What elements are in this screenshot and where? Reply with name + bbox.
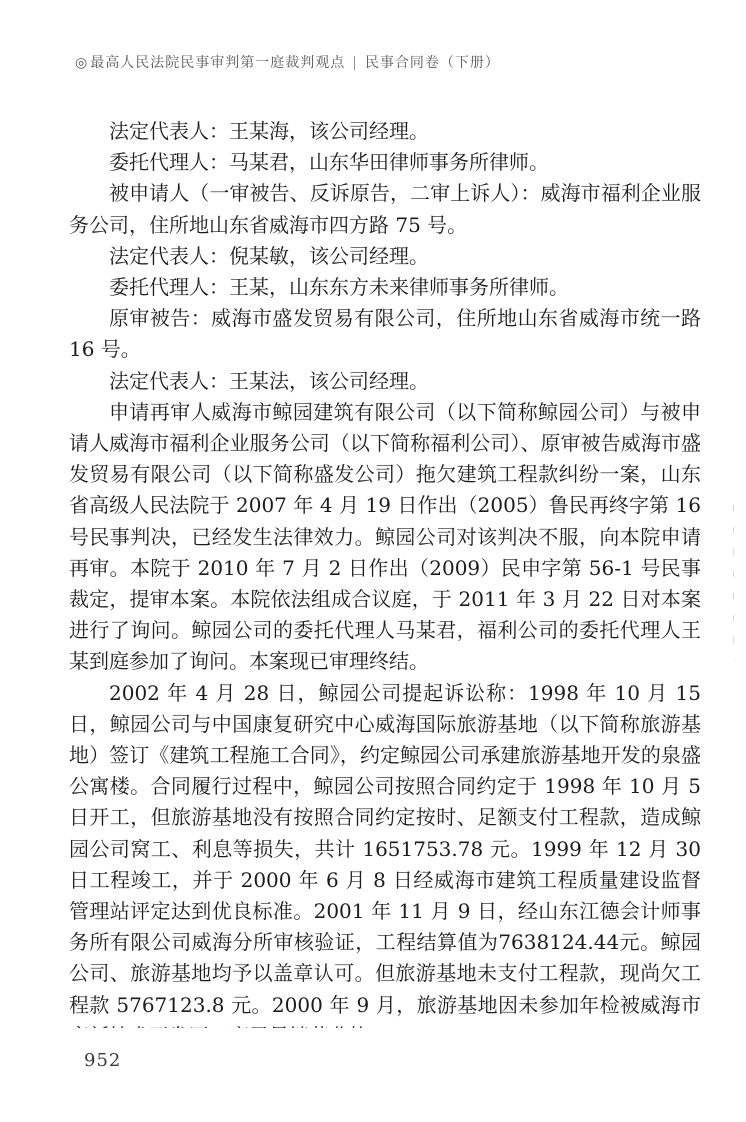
page-footer: 952: [84, 1050, 121, 1071]
paragraph-lawsuit-claims: 2002 年 4 月 28 日，鲸园公司提起诉讼称：1998 年 10 月 15…: [69, 678, 701, 1028]
book-page: ◎最高人民法院民事审判第一庭裁判观点|民事合同卷（下册） 法定代表人：王某海，该…: [0, 0, 746, 1122]
paragraph-legal-representative-3: 法定代表人：王某法，该公司经理。: [69, 366, 701, 397]
paragraph-respondent: 被申请人（一审被告、反诉原告，二审上诉人）：威海市福利企业服务公司，住所地山东省…: [69, 178, 701, 240]
header-volume-title: 民事合同卷（下册）: [365, 55, 500, 71]
document-body: 法定代表人：王某海，该公司经理。 委托代理人：马某君，山东华田律师事务所律师。 …: [69, 116, 701, 1028]
page-number: 952: [84, 1050, 121, 1071]
header-book-title: 最高人民法院民事审判第一庭裁判观点: [90, 55, 345, 71]
scan-edge-artifact: [733, 505, 734, 660]
page-header: ◎最高人民法院民事审判第一庭裁判观点|民事合同卷（下册）: [75, 53, 695, 73]
paragraph-attorney-2: 委托代理人：王某，山东东方未来律师事务所律师。: [69, 272, 701, 303]
paragraph-attorney-1: 委托代理人：马某君，山东华田律师事务所律师。: [69, 147, 701, 178]
paragraph-legal-representative-1: 法定代表人：王某海，该公司经理。: [69, 116, 701, 147]
paragraph-legal-representative-2: 法定代表人：倪某敏，该公司经理。: [69, 241, 701, 272]
paragraph-case-procedure: 申请再审人威海市鲸园建筑有限公司（以下简称鲸园公司）与被申请人威海市福利企业服务…: [69, 397, 701, 678]
ring-bullet-icon: ◎: [75, 55, 88, 71]
paragraph-original-defendant: 原审被告：威海市盛发贸易有限公司，住所地山东省威海市统一路 16 号。: [69, 303, 701, 365]
header-separator-bar: |: [353, 53, 356, 73]
